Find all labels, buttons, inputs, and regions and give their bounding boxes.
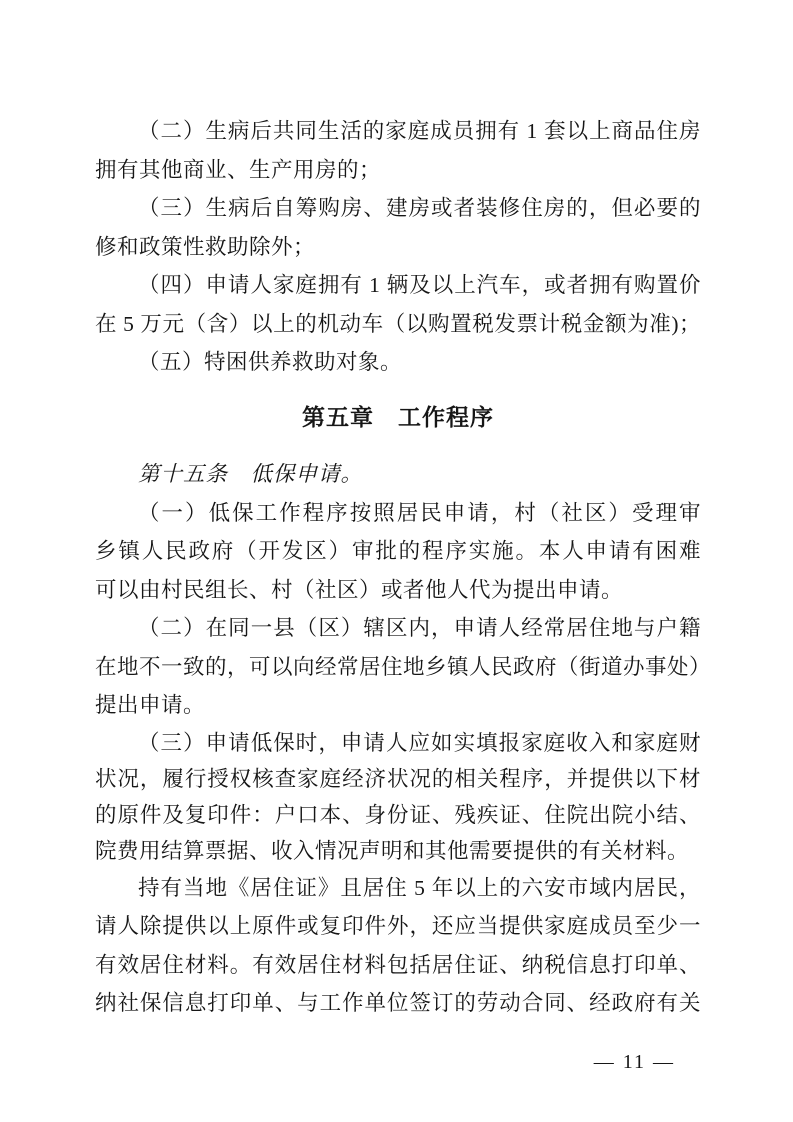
page-number: — 11 — [594,1051,675,1074]
text-line: 有效居住材料。有效居住材料包括居住证、纳税信息打印单、缴 [95,946,701,985]
paragraph: （三）申请低保时，申请人应如实填报家庭收入和家庭财产状况，履行授权核查家庭经济状… [95,725,701,869]
article-heading: 第十五条 低保申请。 [95,455,701,494]
text-line: 在地不一致的，可以向经常居住地乡镇人民政府（街道办事处） [95,648,701,687]
text-line: （二）生病后共同生活的家庭成员拥有 1 套以上商品住房或 [95,112,701,151]
text-line: （三）申请低保时，申请人应如实填报家庭收入和家庭财产 [95,725,701,761]
text-line: （一）低保工作程序按照居民申请，村（社区）受理审核、 [95,494,701,533]
text-line: 第十五条 低保申请。 [95,455,701,494]
text-line: 提出申请。 [95,686,701,725]
paragraph: （二）在同一县（区）辖区内，申请人经常居住地与户籍所在地不一致的，可以向经常居住… [95,609,701,725]
document-body: （二）生病后共同生活的家庭成员拥有 1 套以上商品住房或拥有其他商业、生产用房的… [95,112,701,1023]
text-line: （四）申请人家庭拥有 1 辆及以上汽车，或者拥有购置价格 [95,266,701,305]
text-line: 拥有其他商业、生产用房的； [95,151,701,190]
text-line: 请人除提供以上原件或复印件外，还应当提供家庭成员至少一种 [95,907,701,946]
text-line: 的原件及复印件：户口本、身份证、残疾证、住院出院小结、住 [95,797,701,833]
text-line: （三）生病后自筹购房、建房或者装修住房的，但必要的维 [95,189,701,228]
text-line: 持有当地《居住证》且居住 5 年以上的六安市域内居民，申 [95,869,701,908]
text-line: 在 5 万元（含）以上的机动车（以购置税发票计税金额为准)； [95,305,701,344]
text-line: 修和政策性救助除外； [95,228,701,267]
paragraph: （三）生病后自筹购房、建房或者装修住房的，但必要的维修和政策性救助除外； [95,189,701,266]
text-line: 可以由村民组长、村（社区）或者他人代为提出申请。 [95,571,701,610]
paragraph: 持有当地《居住证》且居住 5 年以上的六安市域内居民，申请人除提供以上原件或复印… [95,869,701,1023]
paragraph: （二）生病后共同生活的家庭成员拥有 1 套以上商品住房或拥有其他商业、生产用房的… [95,112,701,189]
text-line: （二）在同一县（区）辖区内，申请人经常居住地与户籍所 [95,609,701,648]
text-line: 纳社保信息打印单、与工作单位签订的劳动合同、经政府有关部 [95,984,701,1023]
paragraph: （五）特困供养救助对象。 [95,343,701,382]
chapter-heading: 第五章 工作程序 [95,398,701,437]
text-line: （五）特困供养救助对象。 [95,343,701,382]
text-line: 院费用结算票据、收入情况声明和其他需要提供的有关材料。 [95,833,701,869]
paragraph: （四）申请人家庭拥有 1 辆及以上汽车，或者拥有购置价格在 5 万元（含）以上的… [95,266,701,343]
paragraph: （一）低保工作程序按照居民申请，村（社区）受理审核、乡镇人民政府（开发区）审批的… [95,494,701,610]
text-line: 乡镇人民政府（开发区）审批的程序实施。本人申请有困难的， [95,532,701,571]
document-page: （二）生病后共同生活的家庭成员拥有 1 套以上商品住房或拥有其他商业、生产用房的… [0,0,793,1122]
text-line: 状况，履行授权核查家庭经济状况的相关程序，并提供以下材料 [95,761,701,797]
